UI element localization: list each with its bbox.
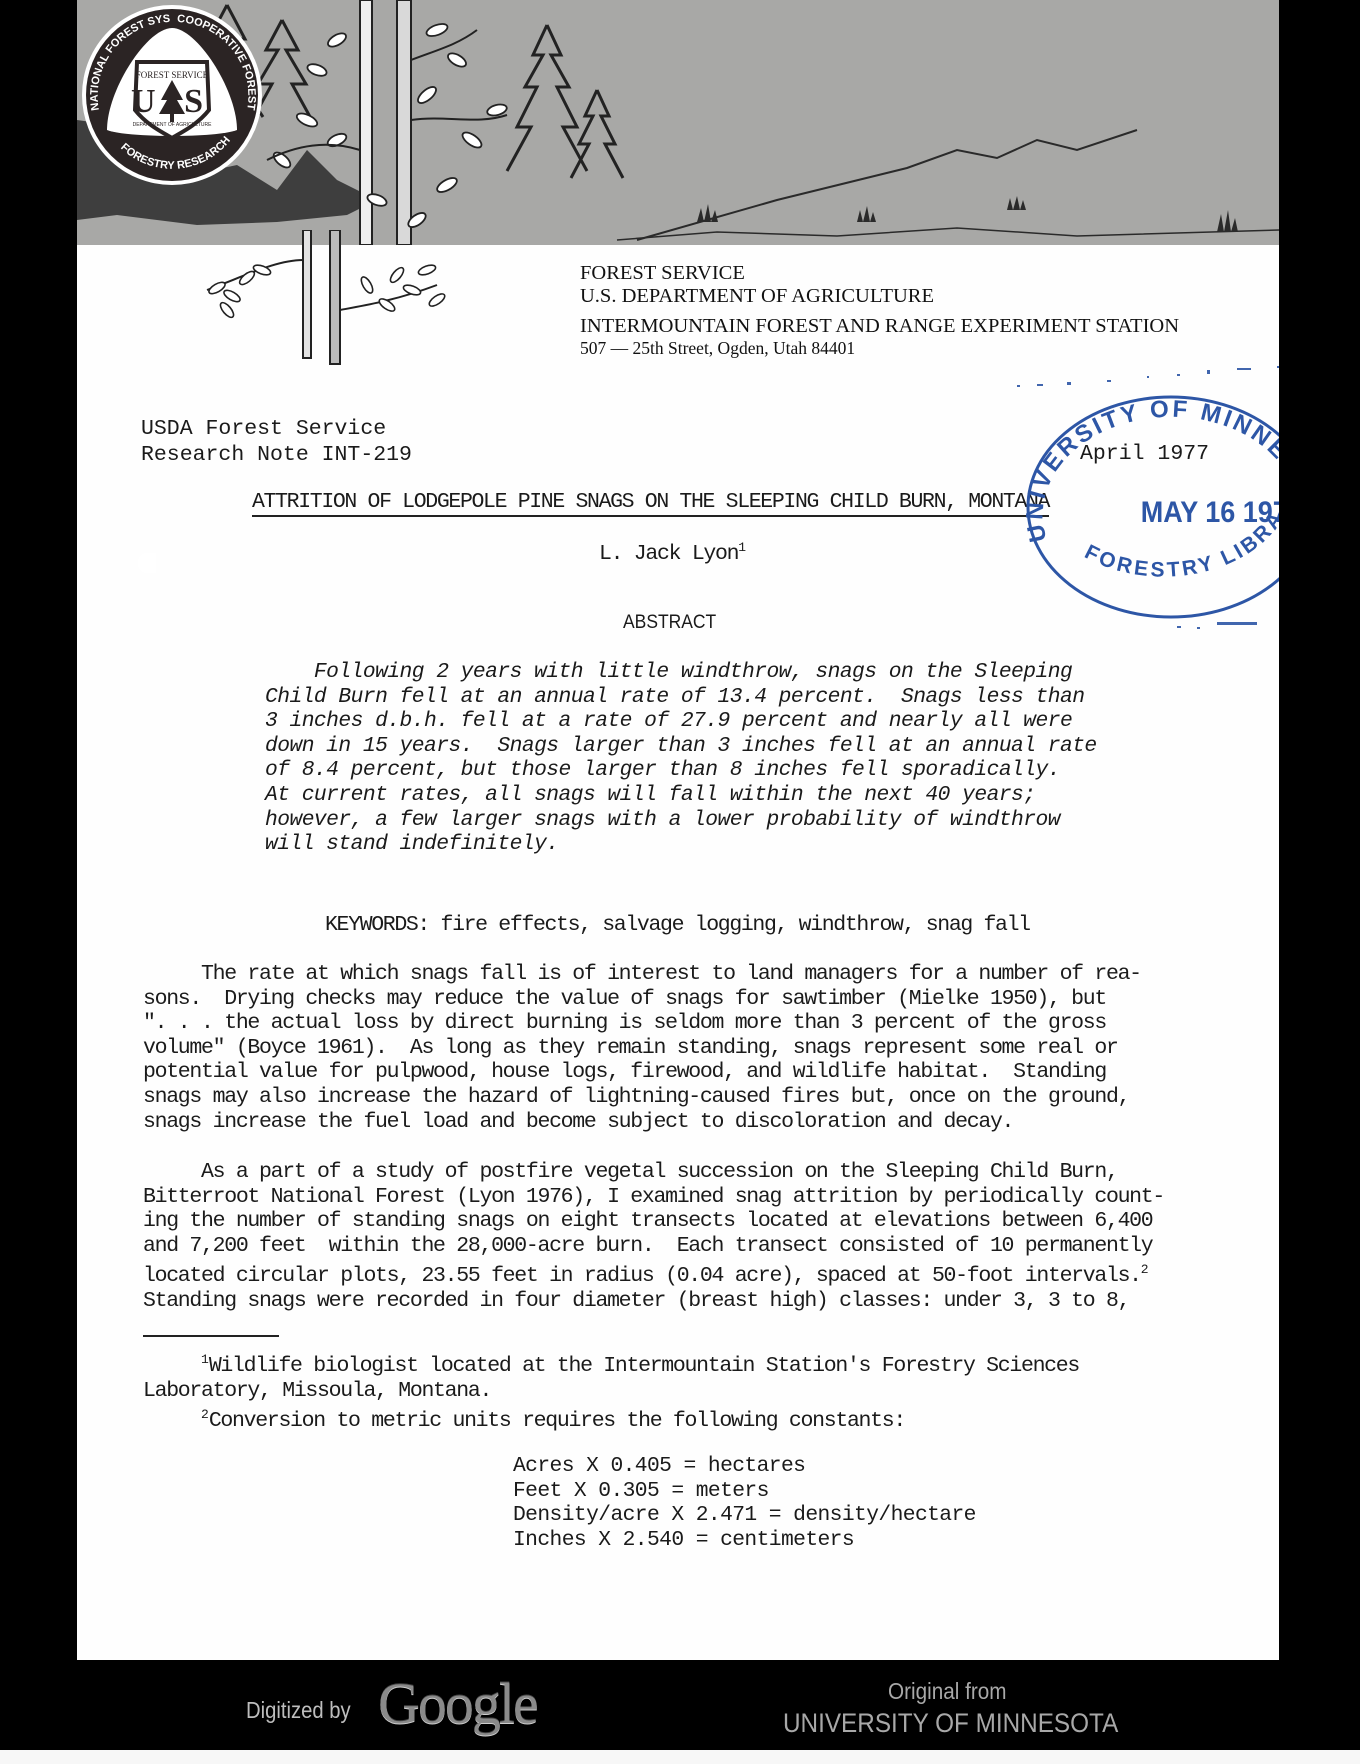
body-paragraph-2: As a part of a study of postfire vegetal… xyxy=(143,1160,1164,1314)
footer-bottom-strip xyxy=(0,1750,1360,1764)
body-line: The rate at which snags fall is of inter… xyxy=(143,962,1141,987)
body-line: sons. Drying checks may reduce the value… xyxy=(143,987,1141,1012)
tree-overhang-illustration xyxy=(197,230,457,370)
body-line: located circular plots, 23.55 feet in ra… xyxy=(143,1258,1164,1289)
emblem-shield-top-text: FOREST SERVICE xyxy=(136,70,209,80)
stamp-date: MAY 16 1977 xyxy=(1141,496,1279,530)
forest-illustration-banner: FOREST SERVICE U S DEPARTMENT OF AGRICUL… xyxy=(77,0,1279,245)
digitization-footer xyxy=(0,1660,1360,1750)
source-institution: UNIVERSITY OF MINNESOTA xyxy=(783,1708,1118,1739)
body-line: Standing snags were recorded in four dia… xyxy=(143,1289,1164,1314)
abstract-text: Following 2 years with little windthrow,… xyxy=(265,660,1125,857)
footnotes: 1Wildlife biologist located at the Inter… xyxy=(143,1348,1079,1434)
abstract-line: however, a few larger snags with a lower… xyxy=(265,808,1125,833)
body-paragraph-1: The rate at which snags fall is of inter… xyxy=(143,962,1141,1134)
abstract-heading: ABSTRACT xyxy=(623,612,716,634)
body-line: and 7,200 feet within the 28,000-acre bu… xyxy=(143,1234,1164,1259)
body-line: volume" (Boyce 1961). As long as they re… xyxy=(143,1036,1141,1061)
google-logo: Google xyxy=(378,1670,537,1737)
author-footnote-mark: 1 xyxy=(738,540,746,555)
footnote-1-mark: 1 xyxy=(201,1352,209,1367)
conversion-line: Inches X 2.540 = centimeters xyxy=(513,1528,976,1553)
conversion-line: Acres X 0.405 = hectares xyxy=(513,1454,976,1479)
footnote-1-line-2: Laboratory, Missoula, Montana. xyxy=(143,1379,491,1403)
body-line: As a part of a study of postfire vegetal… xyxy=(143,1160,1164,1185)
footnote-1-line-1: Wildlife biologist located at the Interm… xyxy=(209,1354,1079,1378)
abstract-line: 3 inches d.b.h. fell at a rate of 27.9 p… xyxy=(265,709,1125,734)
footnote-2-mark: 2 xyxy=(201,1407,209,1422)
document-page: FOREST SERVICE U S DEPARTMENT OF AGRICUL… xyxy=(77,0,1279,1660)
paper-author: L. Jack Lyon1 xyxy=(599,540,746,566)
library-stamp: UNIVERSITY OF MINNESOTA FORESTRY LIBRARY… xyxy=(977,340,1279,640)
keywords-line: KEYWORDS: fire effects, salvage logging,… xyxy=(325,913,1030,937)
conversion-line: Density/acre X 2.471 = density/hectare xyxy=(513,1503,976,1528)
conversion-line: Feet X 0.305 = meters xyxy=(513,1479,976,1504)
digitized-by-label: Digitized by xyxy=(246,1697,351,1724)
author-name: L. Jack Lyon xyxy=(599,542,738,566)
body-line: ing the number of standing snags on eigh… xyxy=(143,1209,1164,1234)
body-line: Bitterroot National Forest (Lyon 1976), … xyxy=(143,1185,1164,1210)
body-line: ". . . the actual loss by direct burning… xyxy=(143,1011,1141,1036)
abstract-line: of 8.4 percent, but those larger than 8 … xyxy=(265,758,1125,783)
page-edge-mark xyxy=(138,553,156,573)
abstract-line: Child Burn fell at an annual rate of 13.… xyxy=(265,685,1125,710)
abstract-line: At current rates, all snags will fall wi… xyxy=(265,783,1125,808)
abstract-line: down in 15 years. Snags larger than 3 in… xyxy=(265,734,1125,759)
svg-text:FORESTRY LIBRARY: FORESTRY LIBRARY xyxy=(977,340,1279,582)
publication-header: USDA Forest Service Research Note INT-21… xyxy=(141,416,412,468)
stamp-bottom-text: FORESTRY LIBRARY xyxy=(977,340,1279,582)
letterhead-line-forest-service: FOREST SERVICE xyxy=(580,262,1179,285)
conversion-table: Acres X 0.405 = hectaresFeet X 0.305 = m… xyxy=(513,1454,976,1552)
letterhead-line-usda: U.S. DEPARTMENT OF AGRICULTURE xyxy=(580,285,1179,308)
forest-service-emblem: FOREST SERVICE U S DEPARTMENT OF AGRICUL… xyxy=(77,0,267,190)
letterhead-line-station: INTERMOUNTAIN FOREST AND RANGE EXPERIMEN… xyxy=(580,315,1179,338)
footnote-mark: 2 xyxy=(1141,1262,1149,1277)
body-line: snags may also increase the hazard of li… xyxy=(143,1085,1141,1110)
original-from-label: Original from xyxy=(888,1678,1006,1705)
publication-series: Research Note INT-219 xyxy=(141,442,412,468)
publisher-agency: USDA Forest Service xyxy=(141,416,412,442)
body-line: potential value for pulpwood, house logs… xyxy=(143,1060,1141,1085)
footnote-2-line-1: Conversion to metric units requires the … xyxy=(209,1409,905,1433)
abstract-line: will stand indefinitely. xyxy=(265,832,1125,857)
footnote-divider xyxy=(143,1335,279,1337)
emblem-shield-bottom-text: DEPARTMENT OF AGRICULTURE xyxy=(133,122,212,128)
paper-title: ATTRITION OF LODGEPOLE PINE SNAGS ON THE… xyxy=(252,490,1049,517)
body-line: snags increase the fuel load and become … xyxy=(143,1110,1141,1135)
abstract-line: Following 2 years with little windthrow,… xyxy=(265,660,1125,685)
